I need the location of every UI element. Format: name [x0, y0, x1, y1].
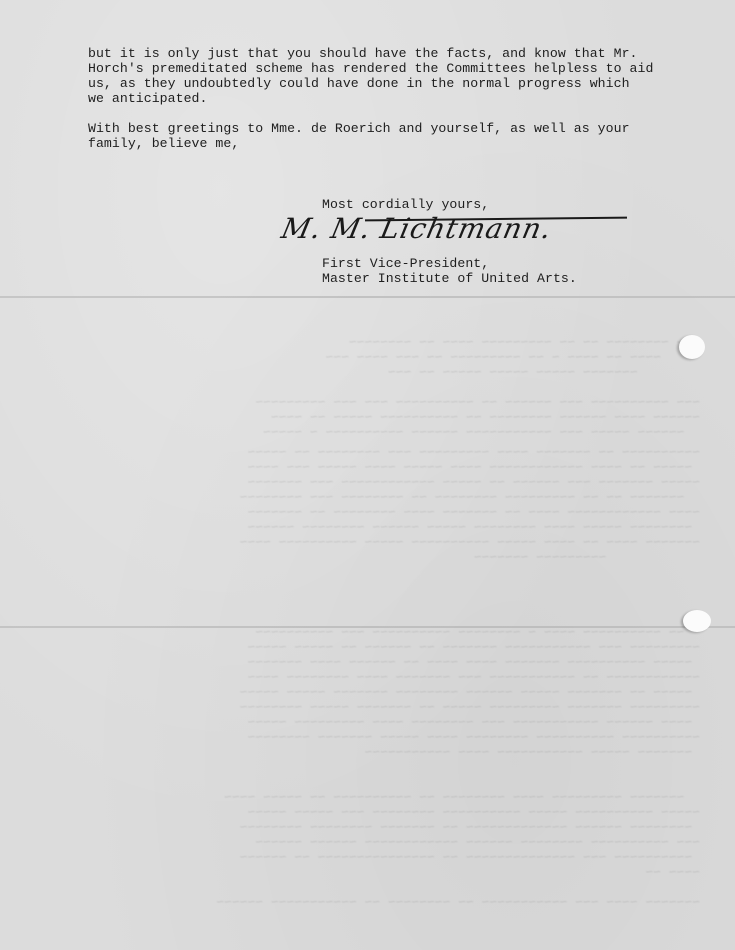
punch-hole — [679, 335, 705, 359]
bleed-through-text: ~~~ ~~~~~~~~~~ ~~~ ~~~~~~ ~~ ~~~~~~~~~~ … — [40, 395, 700, 440]
complimentary-close: Most cordially yours, — [322, 197, 489, 212]
bleed-through-text: ~~~~~~~ ~~~~ ~~~ ~~~~~~~~~~~ ~~ ~~~~~~~~… — [40, 895, 700, 910]
bleed-through-text: ~~~ ~~~~~~~~ ~~ ~~ ~~~~~~~~~ ~~~~ ~~ ~~~… — [40, 335, 700, 380]
fold-crease — [0, 296, 735, 298]
letter-page: ~~~ ~~~~~~~~ ~~ ~~ ~~~~~~~~~ ~~~~ ~~ ~~~… — [0, 0, 735, 950]
signer-title: First Vice-President, Master Institute o… — [322, 256, 577, 286]
bleed-through-text: ~~~~~~~ ~~~~~~~~~ ~~~~ ~~~~~~~~ ~~ ~~~~~… — [40, 790, 700, 880]
handwritten-signature: M. M. Lichtmann. — [278, 212, 555, 245]
bleed-through-text: ~~ ~~~~~~~~~~ ~~~~ ~ ~~~~~~~~ ~~~~~~~~~~… — [40, 625, 700, 760]
body-paragraph: but it is only just that you should have… — [88, 46, 653, 106]
body-paragraph: With best greetings to Mme. de Roerich a… — [88, 121, 630, 151]
punch-hole — [683, 610, 711, 632]
bleed-through-text: ~~~~~~~~~~ ~~ ~~~~~~~ ~~~~ ~~~~~~~~~ ~~~… — [40, 445, 700, 565]
